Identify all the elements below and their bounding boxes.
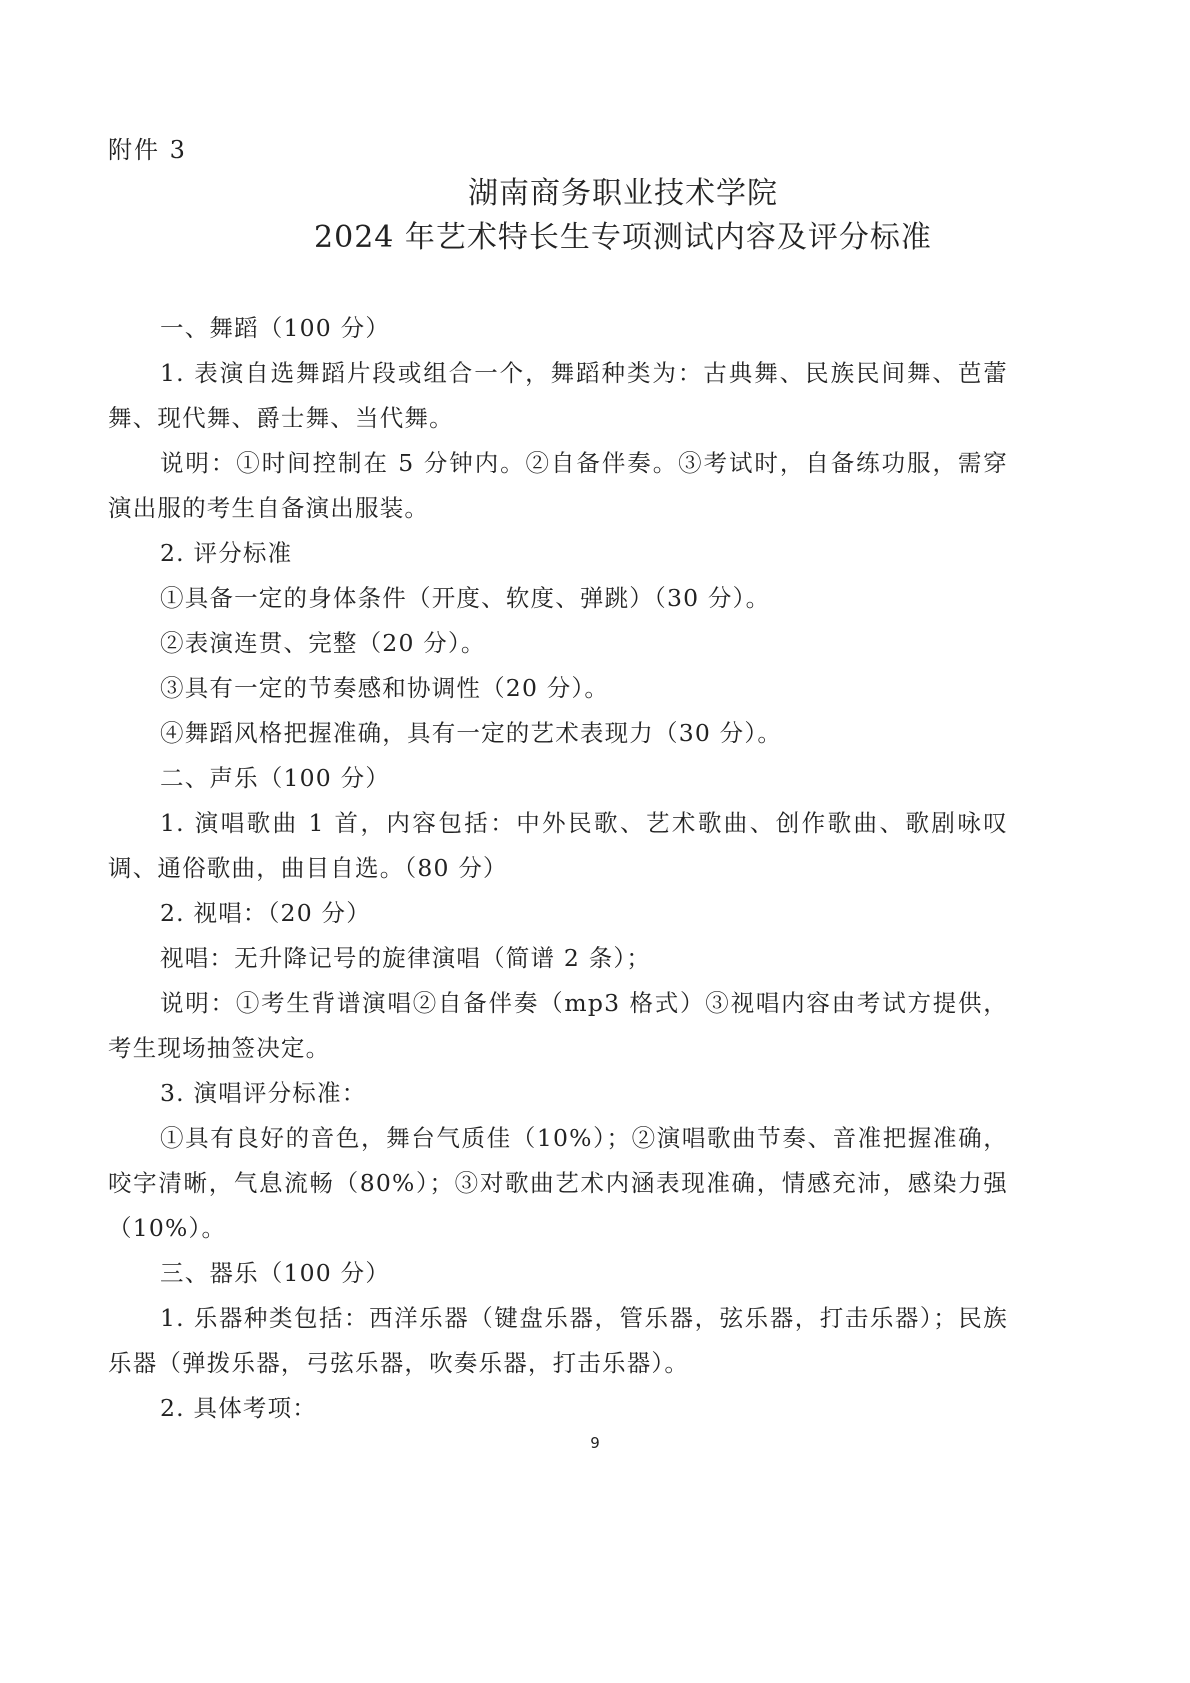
list-item: ④舞蹈风格把握准确，具有一定的艺术表现力（30 分）。 xyxy=(108,711,1008,756)
list-item: ①具备一定的身体条件（开度、软度、弹跳）（30 分）。 xyxy=(108,576,1008,621)
paragraph: 1. 演唱歌曲 1 首，内容包括：中外民歌、艺术歌曲、创作歌曲、歌剧咏叹调、通俗… xyxy=(108,801,1008,891)
subheading: 2. 视唱：（20 分） xyxy=(108,891,1008,936)
document-title-institution: 湖南商务职业技术学院 xyxy=(28,168,1190,212)
paragraph: 说明：①考生背谱演唱②自备伴奏（mp3 格式）③视唱内容由考试方提供，考生现场抽… xyxy=(108,981,1008,1071)
paragraph: 1. 乐器种类包括：西洋乐器（键盘乐器，管乐器，弦乐器，打击乐器）；民族乐器（弹… xyxy=(108,1296,1008,1386)
list-item: ③具有一定的节奏感和协调性（20 分）。 xyxy=(108,666,1008,711)
paragraph: ①具有良好的音色，舞台气质佳（10%）；②演唱歌曲节奏、音准把握准确，咬字清晰，… xyxy=(108,1116,1008,1251)
subheading: 3. 演唱评分标准： xyxy=(108,1071,1008,1116)
page-number: 9 xyxy=(0,1434,1190,1452)
paragraph: 视唱：无升降记号的旋律演唱（简谱 2 条）； xyxy=(108,936,1008,981)
paragraph: 说明：①时间控制在 5 分钟内。②自备伴奏。③考试时，自备练功服，需穿演出服的考… xyxy=(108,441,1008,531)
attachment-label: 附件 3 xyxy=(108,130,187,165)
document-body: 一、舞蹈（100 分） 1. 表演自选舞蹈片段或组合一个，舞蹈种类为：古典舞、民… xyxy=(108,306,1008,1431)
subheading: 2. 评分标准 xyxy=(108,531,1008,576)
document-title-subject: 2024 年艺术特长生专项测试内容及评分标准 xyxy=(28,212,1190,256)
subheading: 2. 具体考项： xyxy=(108,1386,1008,1431)
paragraph: 1. 表演自选舞蹈片段或组合一个，舞蹈种类为：古典舞、民族民间舞、芭蕾舞、现代舞… xyxy=(108,351,1008,441)
list-item: ②表演连贯、完整（20 分）。 xyxy=(108,621,1008,666)
document-page: 附件 3 湖南商务职业技术学院 2024 年艺术特长生专项测试内容及评分标准 一… xyxy=(0,0,1190,1683)
section-heading-instrumental: 三、器乐（100 分） xyxy=(108,1251,1008,1296)
section-heading-vocal: 二、声乐（100 分） xyxy=(108,756,1008,801)
section-heading-dance: 一、舞蹈（100 分） xyxy=(108,306,1008,351)
